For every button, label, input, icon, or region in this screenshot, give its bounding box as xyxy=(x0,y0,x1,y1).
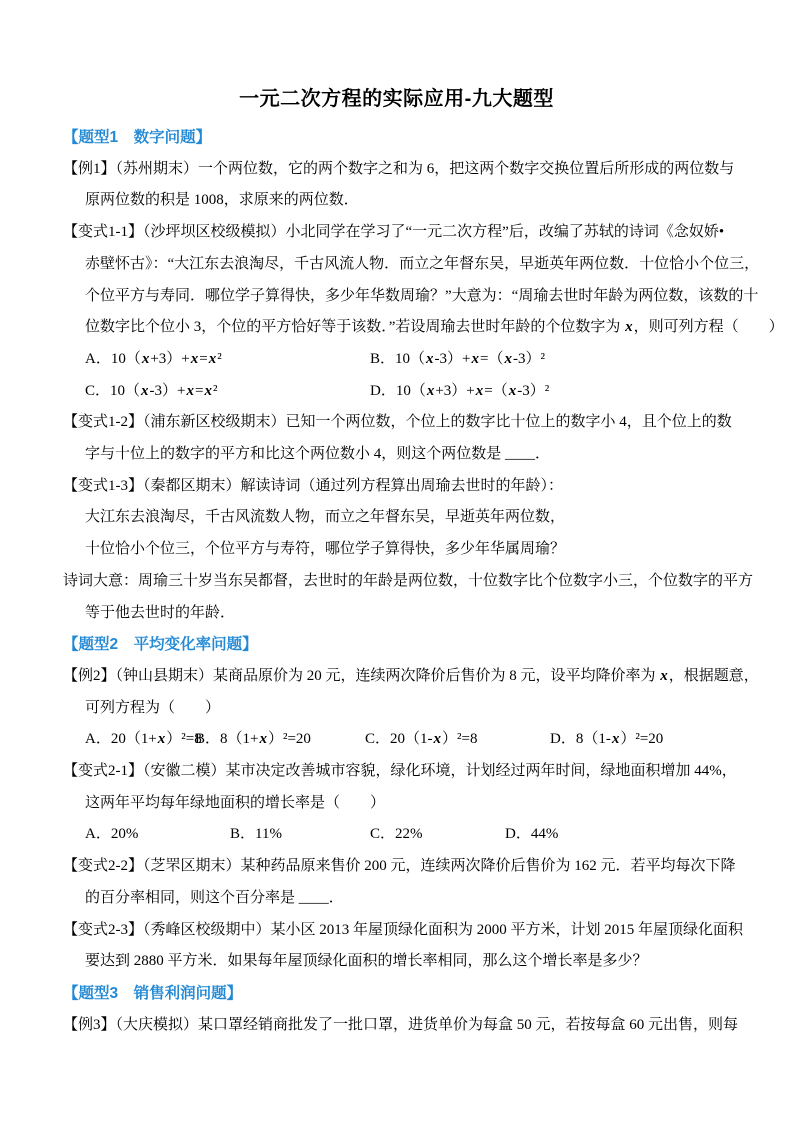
variant1-1-options-row-2: C．10（x-3）+x=x² D．10（x+3）+x=（x-3）² xyxy=(63,376,730,408)
option-c: C．20（1-x）²=8 xyxy=(365,724,477,756)
variant2-1-options-row: A．20% B．11% C．22% D．44% xyxy=(63,819,730,851)
section-header-3: 【题型3 销售利润问题】 xyxy=(63,978,730,1010)
math-variable: x xyxy=(141,351,151,367)
math-variable: x xyxy=(258,731,268,747)
variant1-1-line-2: 赤壁怀古》：“大江东去浪淘尽，千古风流人物．而立之年督东吴，早逝英年两位数．十位… xyxy=(63,249,730,281)
variant2-2-line-2: 的百分率相同，则这个百分率是 ____． xyxy=(63,883,730,915)
math-variable: x xyxy=(208,351,218,367)
math-variable: x xyxy=(659,668,669,684)
option-a: A．10（x+3）+x=x² xyxy=(85,344,222,376)
section-header-2: 【题型2 平均变化率问题】 xyxy=(63,629,730,661)
math-variable: x xyxy=(503,351,513,367)
variant1-1-line-4: 位数字比个位小 3，个位的平方恰好等于该数．”若设周瑜去世时年龄的个位数字为 x… xyxy=(63,312,730,344)
math-variable: x xyxy=(426,383,436,399)
variant1-3-meaning-line-2: 等于他去世时的年龄． xyxy=(63,598,730,630)
math-variable: x xyxy=(185,383,195,399)
variant1-2-line-1: 【变式1-2】（浦东新区校级期末）已知一个两位数，个位上的数字比十位上的数字小 … xyxy=(63,407,730,439)
math-variable: x xyxy=(157,731,167,747)
example2-line-2: 可列方程为（ ） xyxy=(63,693,730,725)
example3-line-1: 【例3】（大庆模拟）某口罩经销商批发了一批口罩，进货单价为每盒 50 元，若按每… xyxy=(63,1010,730,1042)
variant1-2-line-2: 字与十位上的数字的平方和比这个两位数小 4，则这个两位数是 ____． xyxy=(63,439,730,471)
doc-title: 一元二次方程的实际应用-九大题型 xyxy=(63,84,730,114)
math-variable: x xyxy=(433,731,443,747)
option-b: B．8（1+x）²=20 xyxy=(195,724,311,756)
math-variable: x xyxy=(425,351,435,367)
variant2-2-line-1: 【变式2-2】（芝罘区期末）某种药品原来售价 200 元，连续两次降价后售价为 … xyxy=(63,851,730,883)
variant1-1-line-3: 个位平方与寿同．哪位学子算得快，多少年华数周瑜？”大意为：“周瑜去世时年龄为两位… xyxy=(63,281,730,313)
option-d: D．44% xyxy=(505,819,558,851)
document-page: 一元二次方程的实际应用-九大题型 【题型1 数字问题】 【例1】（苏州期末）一个… xyxy=(0,0,793,1122)
variant1-3-line-1: 【变式1-3】（秦都区期末）解读诗词（通过列方程算出周瑜去世时的年龄）： xyxy=(63,471,730,503)
option-a: A．20（1+x）²=8 xyxy=(85,724,202,756)
math-variable: x xyxy=(508,383,518,399)
math-variable: x xyxy=(203,383,213,399)
math-variable: x xyxy=(611,731,621,747)
option-d: D．8（1-x）²=20 xyxy=(550,724,663,756)
option-c: C．10（x-3）+x=x² xyxy=(85,376,217,408)
variant1-3-poem-line-1: 大江东去浪淘尽，千古风流数人物，而立之年督东吴，早逝英年两位数， xyxy=(63,502,730,534)
variant1-1-line-1: 【变式1-1】（沙坪坝区校级模拟）小北同学在学习了“一元二次方程”后，改编了苏轼… xyxy=(63,217,730,249)
section-header-1: 【题型1 数字问题】 xyxy=(63,122,730,154)
example2-line-1: 【例2】（钟山县期末）某商品原价为 20 元，连续两次降价后售价为 8 元，设平… xyxy=(63,661,730,693)
math-variable: x xyxy=(624,319,634,335)
option-a: A．20% xyxy=(85,819,138,851)
variant1-1-options-row-1: A．10（x+3）+x=x² B．10（x-3）+x=（x-3）² xyxy=(63,344,730,376)
variant1-3-meaning-line-1: 诗词大意：周瑜三十岁当东吴都督，去世时的年龄是两位数，十位数字比个位数字小三，个… xyxy=(63,566,730,598)
variant2-3-line-1: 【变式2-3】（秀峰区校级期中）某小区 2013 年屋顶绿化面积为 2000 平… xyxy=(63,915,730,947)
variant2-1-line-1: 【变式2-1】（安徽二模）某市决定改善城市容貌，绿化环境，计划经过两年时间，绿地… xyxy=(63,756,730,788)
variant1-3-poem-line-2: 十位恰小个位三，个位平方与寿符，哪位学子算得快，多少年华属周瑜？ xyxy=(63,534,730,566)
variant2-1-line-2: 这两年平均每年绿地面积的增长率是（ ） xyxy=(63,788,730,820)
math-variable: x xyxy=(190,351,200,367)
math-variable: x xyxy=(475,383,485,399)
option-b: B．10（x-3）+x=（x-3）² xyxy=(370,344,545,376)
option-b: B．11% xyxy=(230,819,282,851)
example1-line-1: 【例1】（苏州期末）一个两位数，它的两个数字之和为 6，把这两个数字交换位置后所… xyxy=(63,154,730,186)
variant2-3-line-2: 要达到 2880 平方米．如果每年屋顶绿化面积的增长率相同，那么这个增长率是多少… xyxy=(63,946,730,978)
example1-line-2: 原两位数的积是 1008，求原来的两位数． xyxy=(63,185,730,217)
math-variable: x xyxy=(470,351,480,367)
math-variable: x xyxy=(140,383,150,399)
option-c: C．22% xyxy=(370,819,423,851)
option-d: D．10（x+3）+x=（x-3）² xyxy=(370,376,549,408)
example2-options-row: A．20（1+x）²=8 B．8（1+x）²=20 C．20（1-x）²=8 D… xyxy=(63,724,730,756)
